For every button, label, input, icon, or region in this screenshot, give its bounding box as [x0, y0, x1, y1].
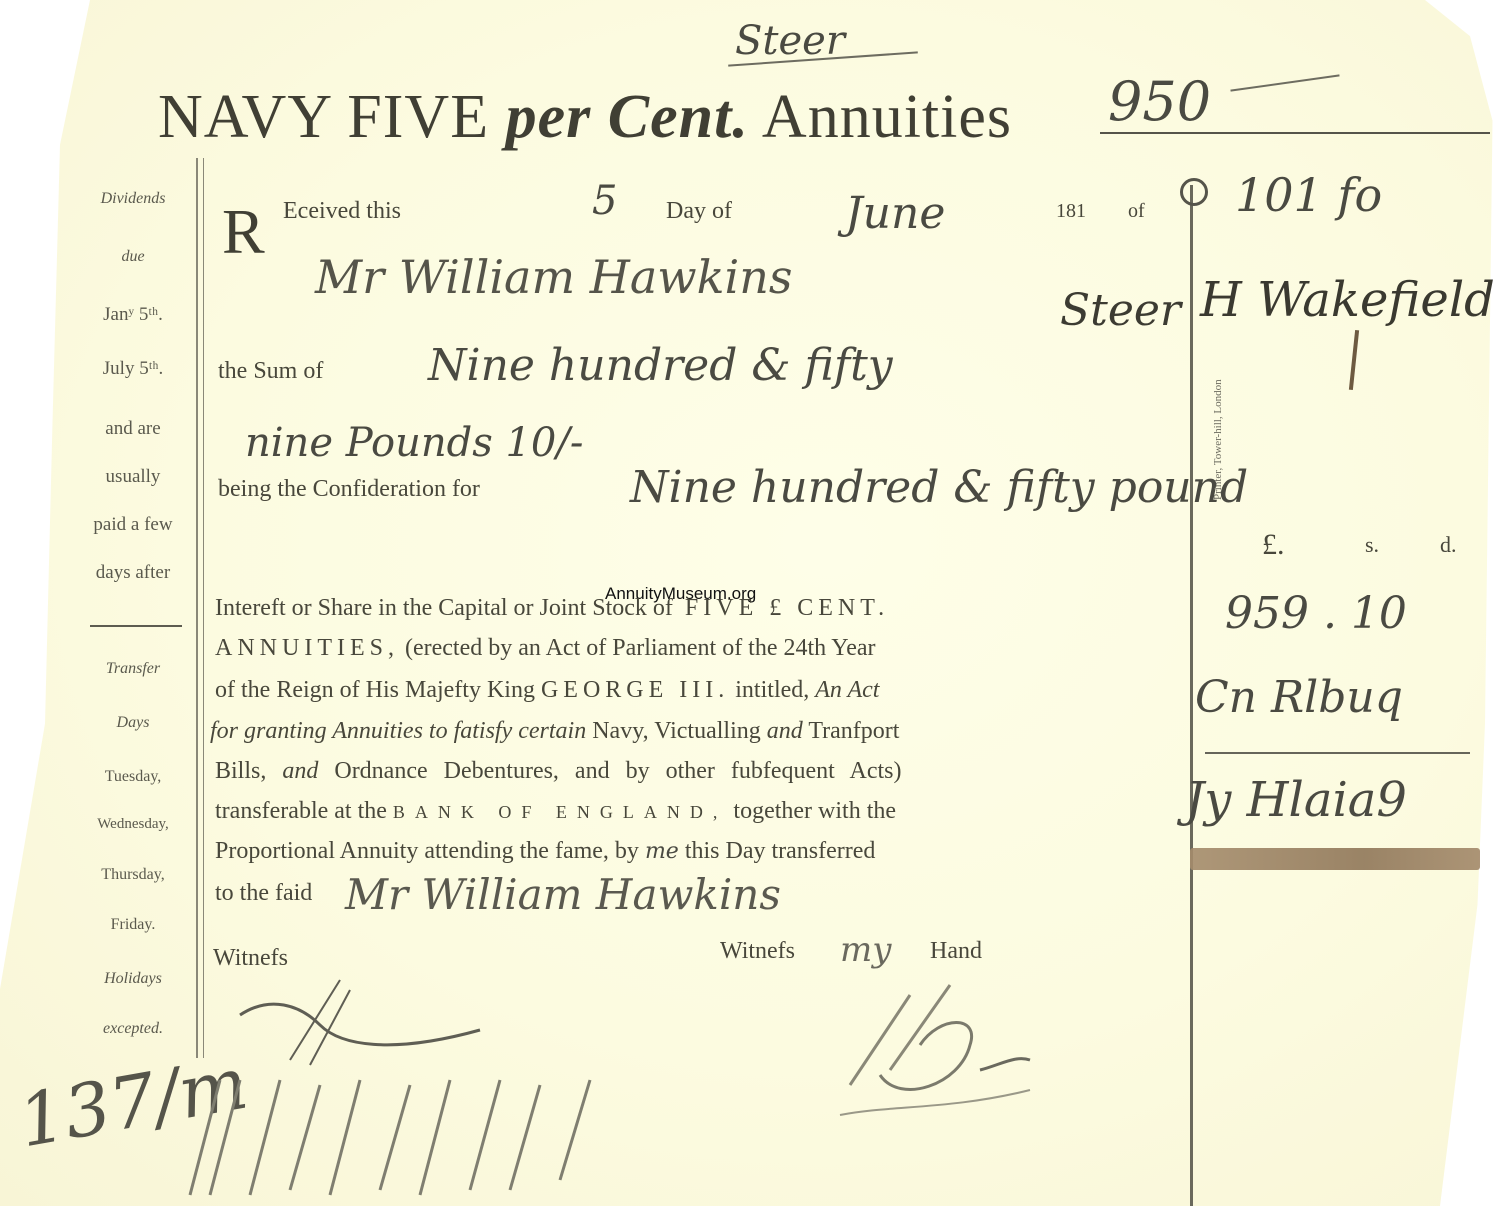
witness-signature-icon: [230, 975, 530, 1085]
currency-pounds: £.: [1262, 528, 1285, 562]
sidebar-date-jan: Janʸ 5ᵗʰ.: [78, 304, 188, 326]
sealing-strip: [1190, 848, 1480, 870]
transferor-signature-icon: [830, 975, 1060, 1125]
sidebar-note: and are: [78, 418, 188, 440]
body-line-6: transferable at the BANK OF ENGLAND, tog…: [215, 798, 896, 825]
of-label: of: [1128, 200, 1145, 223]
divider-loop: [1180, 178, 1208, 206]
sidebar-ornament-rule: [90, 625, 182, 627]
consideration-label: being the Confideration for: [218, 476, 480, 503]
sidebar-dividends-title: Dividends: [78, 190, 188, 208]
sidebar-note: paid a few: [78, 514, 188, 536]
body-line-3: of the Reign of His Majefty King GEORGE …: [215, 677, 879, 704]
witness-left-label: Witnefs: [213, 945, 288, 972]
sidebar-dividends-due: due: [78, 248, 188, 266]
transferee-name: Mr William Hawkins: [345, 870, 781, 919]
body-line-1: Intereft or Share in the Capital or Join…: [215, 595, 889, 622]
sum-value-line1: Nine hundred & fifty: [428, 340, 893, 391]
sidebar-transfer-days: Days: [78, 714, 188, 732]
sidebar-divider-inner: [203, 158, 204, 1058]
ledger-bottom-entry: Jy Hlaia9: [1185, 772, 1407, 828]
body-line-8: to the faid: [215, 880, 312, 907]
title-tail: Annuities: [762, 83, 1012, 151]
sidebar-date-july: July 5ᵗʰ.: [78, 358, 188, 380]
payer-name: Mr William Hawkins: [315, 250, 792, 304]
sidebar-holidays: Holidays: [78, 970, 188, 988]
sidebar-day: Thursday,: [78, 866, 188, 884]
year-label: 181: [1056, 200, 1086, 223]
day-label: Day of: [666, 198, 732, 225]
printer-imprint: Printer, Tower-hill, London: [1212, 200, 1224, 500]
hand-label: Hand: [930, 938, 982, 965]
sidebar-day: Friday.: [78, 916, 188, 934]
currency-pence: d.: [1440, 532, 1457, 558]
ledger-marks-icon: [180, 1070, 640, 1200]
sidebar-excepted: excepted.: [78, 1020, 188, 1038]
month-value: June: [845, 188, 945, 239]
witness-right-label: Witnefs: [720, 938, 795, 965]
day-value: 5: [592, 178, 617, 224]
body-line-5: Bills, and Ordnance Debentures, and by o…: [215, 758, 902, 785]
witness-my: my: [840, 930, 891, 970]
sum-label: the Sum of: [218, 358, 323, 385]
received-label: Eceived this: [283, 198, 401, 225]
amount-value: 959 . 10: [1225, 588, 1407, 639]
payer-suffix: Steer: [1060, 285, 1181, 336]
body-line-7: Proportional Annuity attending the fame,…: [215, 838, 875, 865]
dropcap-r: R: [222, 195, 265, 269]
body-line-2: ANNUITIES, (erected by an Act of Parliam…: [215, 635, 876, 662]
title-amount: 950: [1108, 70, 1211, 133]
title-main: NAVY FIVE: [158, 83, 489, 151]
sidebar-note: usually: [78, 466, 188, 488]
sidebar-day: Wednesday,: [78, 816, 188, 833]
sidebar-day: Tuesday,: [78, 768, 188, 786]
consideration-value: Nine hundred & fifty pound: [630, 462, 1248, 513]
ledger-entry: Cn Rlbuq: [1195, 672, 1403, 723]
document-title: NAVY FIVE per Cent. Annuities: [158, 82, 1012, 153]
sidebar-transfer-title: Transfer: [78, 660, 188, 678]
body-line-4: for granting Annuities to fatisfy certai…: [210, 718, 899, 745]
title-underline: [1100, 132, 1490, 134]
folio-number: 101 fo: [1235, 168, 1382, 222]
sidebar-note: days after: [78, 562, 188, 584]
clerk-name: H Wakefield: [1200, 272, 1495, 328]
title-italic: per Cent.: [506, 83, 749, 151]
sidebar-divider: [196, 158, 198, 1058]
sum-value-line2: nine Pounds 10/-: [245, 420, 583, 466]
currency-shillings: s.: [1365, 532, 1379, 558]
right-margin-divider: [1190, 185, 1193, 1206]
ledger-rule: [1205, 752, 1470, 754]
